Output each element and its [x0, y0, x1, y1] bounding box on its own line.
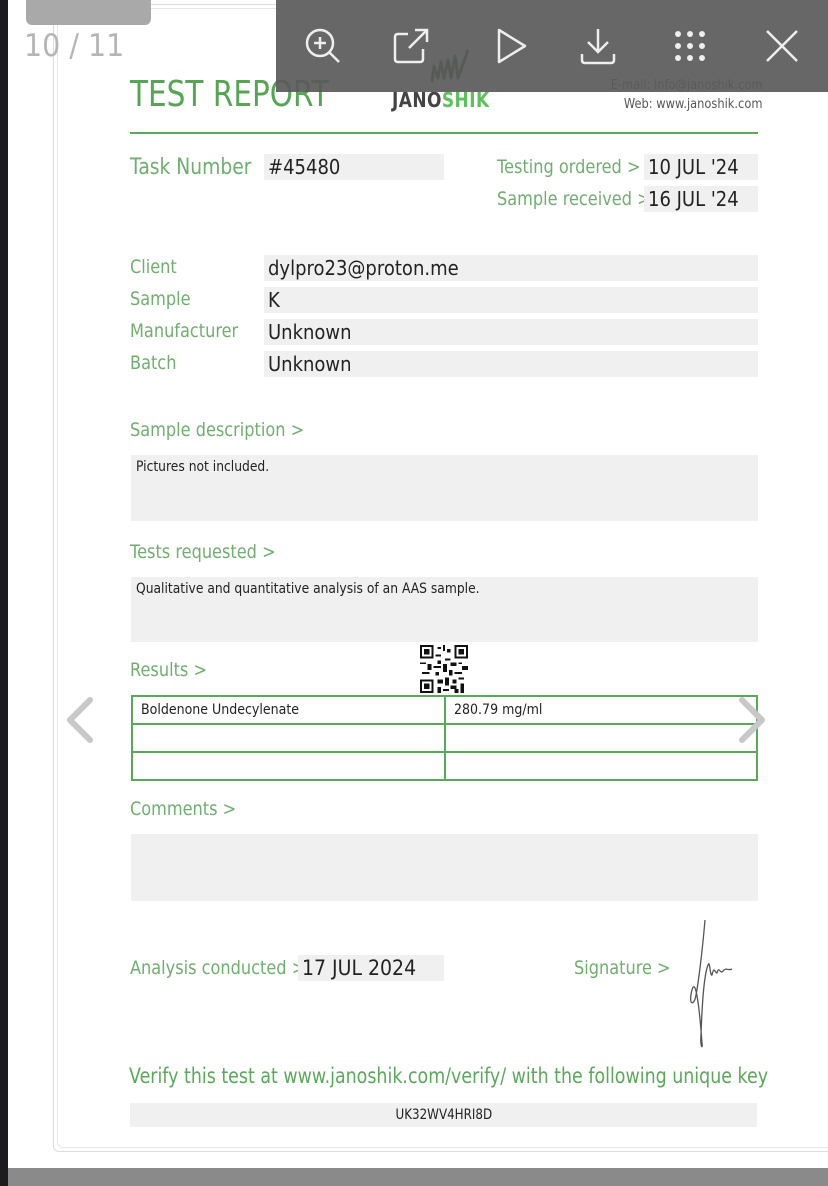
left-edge	[0, 0, 8, 1186]
field-value-sample: K	[264, 287, 758, 313]
contact-web: Web: www.janoshik.com	[610, 95, 762, 114]
analysis-conducted-field: 17 JUL 2024	[298, 955, 444, 981]
download-icon	[578, 26, 618, 66]
field-value-manufacturer: Unknown	[264, 319, 758, 345]
qr-code	[420, 645, 468, 693]
close-icon	[762, 26, 802, 66]
testing-ordered-label: Testing ordered >	[497, 156, 640, 178]
results-row	[132, 752, 757, 780]
results-row: Boldenone Undecylenate280.79 mg/ml	[132, 696, 757, 724]
viewer-toolbar	[276, 0, 828, 92]
grid-icon	[670, 26, 710, 66]
task-number-label: Task Number	[130, 155, 251, 180]
chevron-right-icon	[732, 690, 772, 750]
play-icon	[490, 26, 530, 66]
results-table: Boldenone Undecylenate280.79 mg/ml	[131, 695, 758, 781]
task-number-field: #45480	[264, 154, 444, 180]
signature-image	[680, 915, 750, 1055]
external-link-icon	[391, 26, 431, 66]
results-cell-compound	[132, 724, 445, 752]
tests-requested-label: Tests requested >	[130, 541, 276, 563]
results-row	[132, 724, 757, 752]
close-button[interactable]	[758, 22, 806, 70]
grid-view-button[interactable]	[666, 22, 714, 70]
sample-description-box: Pictures not included.	[131, 455, 758, 521]
zoom-in-icon	[303, 26, 343, 66]
results-cell-compound: Boldenone Undecylenate	[132, 696, 445, 724]
analysis-conducted-label: Analysis conducted >	[130, 957, 305, 979]
page-counter: 10 / 11	[24, 28, 124, 64]
field-value-batch: Unknown	[264, 351, 758, 377]
results-cell-compound	[132, 752, 445, 780]
sample-received-field: 16 JUL '24	[644, 186, 758, 212]
download-button[interactable]	[574, 22, 622, 70]
field-label-sample: Sample	[130, 288, 191, 310]
tests-requested-box: Qualitative and quantitative analysis of…	[131, 577, 758, 642]
signature-label: Signature >	[574, 957, 671, 979]
header-divider	[130, 132, 758, 134]
next-page-button[interactable]	[732, 690, 772, 750]
previous-page-button[interactable]	[60, 690, 100, 750]
testing-ordered-field: 10 JUL '24	[644, 154, 758, 180]
field-value-client: dylpro23@proton.me	[264, 255, 758, 281]
sample-received-label: Sample received >	[497, 188, 651, 210]
chevron-left-icon	[60, 690, 100, 750]
field-label-manufacturer: Manufacturer	[130, 320, 238, 342]
results-cell-amount: 280.79 mg/ml	[445, 696, 758, 724]
field-label-batch: Batch	[130, 352, 176, 374]
field-label-client: Client	[130, 256, 177, 278]
viewer-bottom-bar	[8, 1168, 828, 1186]
comments-label: Comments >	[130, 798, 236, 820]
zoom-in-button[interactable]	[299, 22, 347, 70]
comments-box	[131, 834, 758, 901]
sample-description-label: Sample description >	[130, 419, 304, 441]
results-cell-amount	[445, 752, 758, 780]
verify-instructions: Verify this test at www.janoshik.com/ver…	[129, 1064, 768, 1088]
results-label: Results >	[130, 659, 207, 681]
unique-key-field: UK32WV4HRI8D	[130, 1103, 757, 1127]
results-cell-amount	[445, 724, 758, 752]
counter-tab	[26, 0, 151, 25]
slideshow-button[interactable]	[486, 22, 534, 70]
open-external-button[interactable]	[387, 22, 435, 70]
